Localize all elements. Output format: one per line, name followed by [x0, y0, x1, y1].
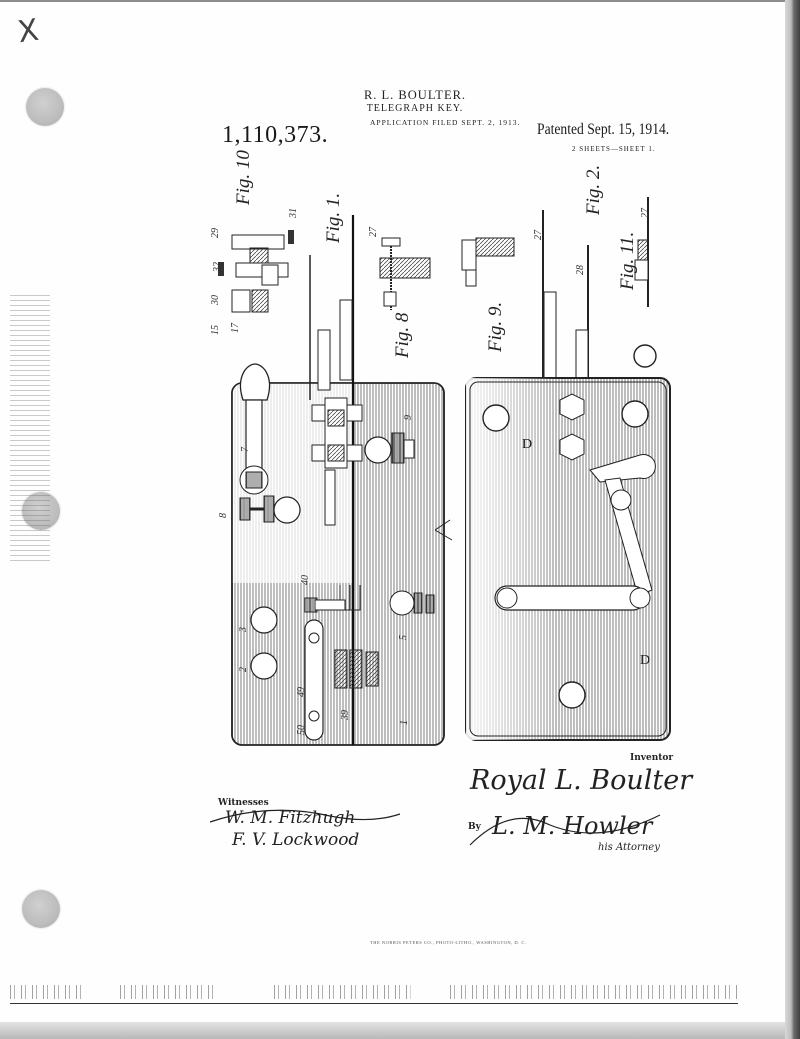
ref-numeral: 7	[240, 447, 251, 452]
fig2-rods	[543, 210, 656, 378]
ref-numeral: 15	[210, 325, 221, 335]
inventor-label: Inventor	[630, 753, 673, 763]
ref-numeral: 30	[210, 295, 221, 305]
bottom-rule	[10, 1003, 738, 1004]
ref-numeral: 39	[340, 710, 351, 720]
fig1-caption: Fig. 1.	[323, 193, 345, 243]
fig10-drawing	[218, 230, 294, 312]
scan-noise-bottom	[10, 985, 738, 999]
ref-numeral: 31	[288, 208, 299, 218]
svg-text:D: D	[522, 437, 532, 452]
fig10-caption: Fig. 10	[233, 150, 255, 205]
ref-numeral: 5	[398, 635, 409, 640]
by-label: By	[468, 822, 481, 832]
witness-1-signature: W. M. Fitzhugh	[225, 808, 355, 828]
ref-numeral: 3	[238, 627, 249, 632]
fig2-drawing: D D	[466, 378, 670, 740]
witnesses-label: Witnesses	[218, 798, 269, 808]
ref-numeral: 28	[575, 265, 586, 275]
ref-numeral: 1	[399, 720, 410, 725]
witness-2-signature: F. V. Lockwood	[232, 830, 359, 850]
ref-numeral: 27	[533, 230, 544, 240]
ref-numeral: 50	[296, 725, 307, 735]
patent-drawings: D D	[0, 0, 800, 1039]
svg-text:D: D	[640, 653, 650, 668]
ref-numeral: 40	[300, 575, 311, 585]
ref-numeral: 9	[403, 415, 414, 420]
ref-numeral: 8	[218, 513, 229, 518]
fig9-drawing	[462, 238, 514, 286]
attorney-label: his Attorney	[598, 842, 660, 853]
ref-numeral: 49	[296, 687, 307, 697]
ref-numeral: 29	[210, 228, 221, 238]
ref-numeral: 32	[212, 262, 223, 272]
ref-numeral: 27	[640, 208, 651, 218]
ref-numeral: 17	[230, 323, 241, 333]
ref-numeral: 27	[368, 227, 379, 237]
fig9-caption: Fig. 9.	[485, 302, 507, 352]
inventor-signature: Royal L. Boulter	[470, 765, 692, 796]
fig8-caption: Fig. 8	[392, 313, 414, 358]
printer-line: THE NORRIS PETERS CO., PHOTO-LITHO., WAS…	[370, 940, 527, 945]
fig11-caption: Fig. 11.	[617, 232, 639, 290]
attorney-signature: L. M. Howler	[492, 812, 652, 840]
ref-numeral: 2	[238, 667, 249, 672]
fig2-caption: Fig. 2.	[583, 165, 605, 215]
fig8-drawing	[380, 238, 430, 310]
